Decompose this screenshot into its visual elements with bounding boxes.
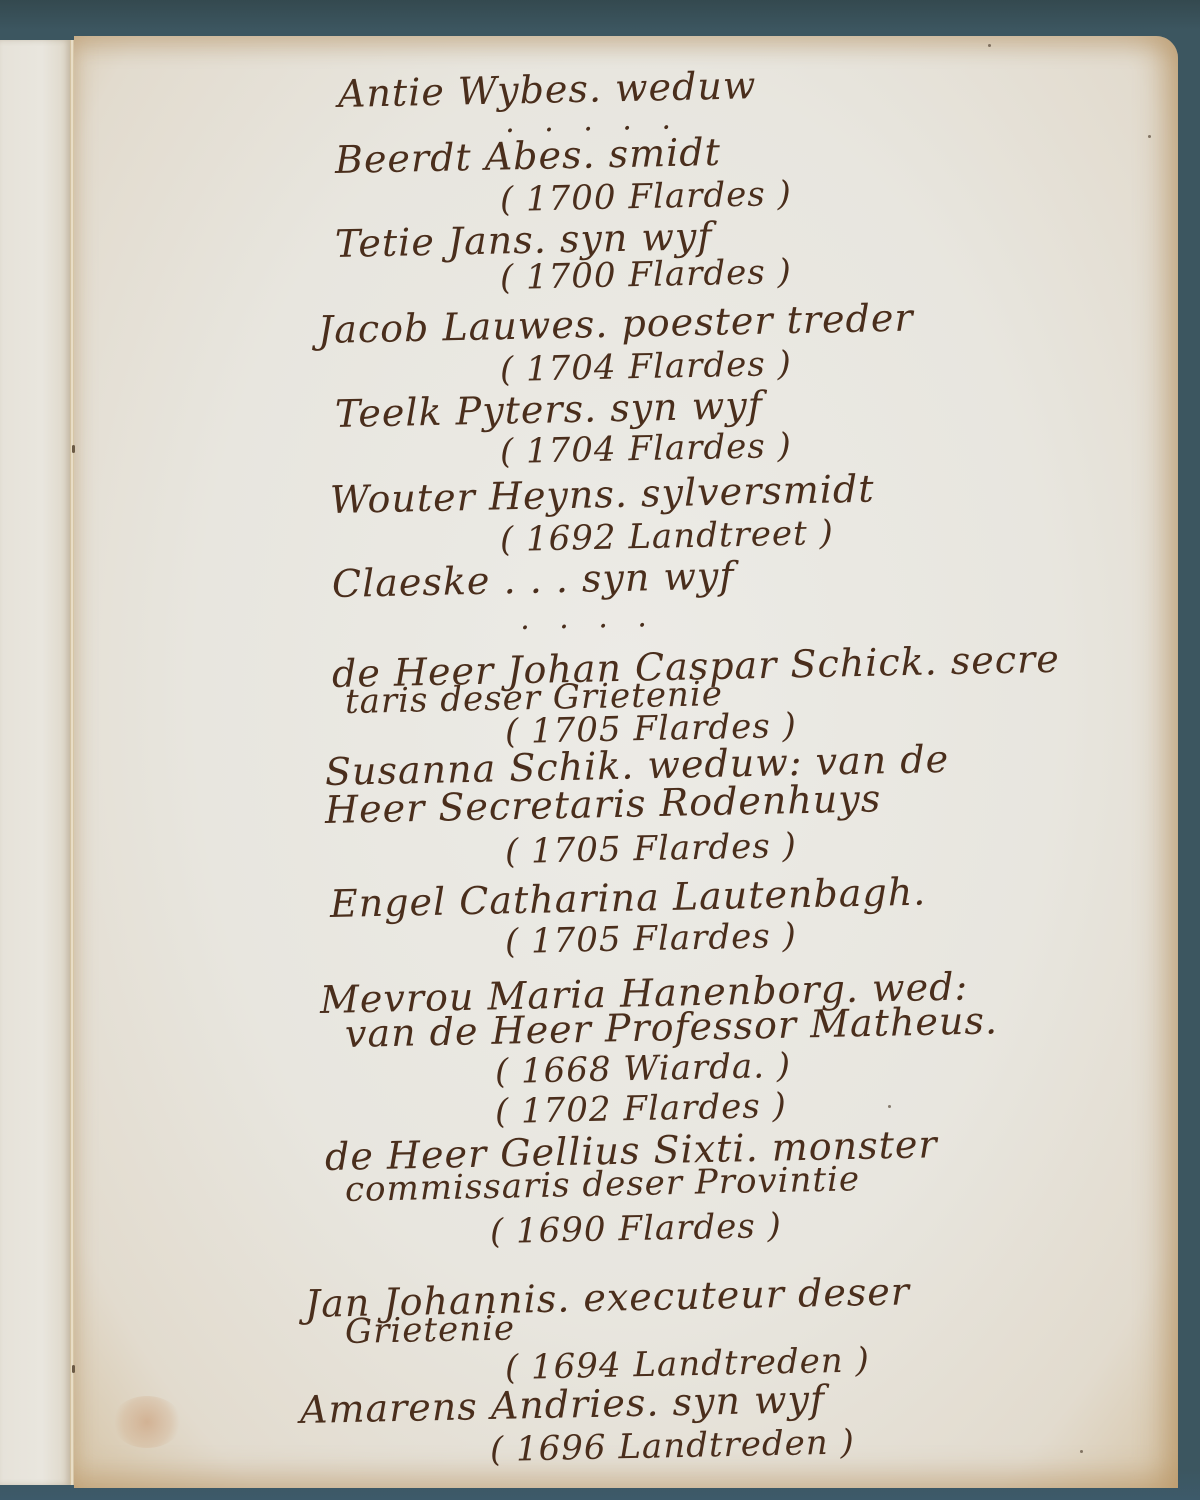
- entry-name-line: Jacob Lauwes. poester treder: [318, 296, 914, 352]
- entry-year-place: ( 1705 Flardes ): [505, 826, 798, 872]
- entry-continuation-line: Grietenie: [345, 1308, 516, 1352]
- entry-year-place: ( 1696 Landtreden ): [490, 1422, 856, 1470]
- entry-year-place: ( 1700 Flardes ): [500, 252, 793, 298]
- entry-name-line: Engel Catharina Lautenbagh.: [330, 870, 927, 926]
- entry-year-place: ( 1702 Flardes ): [495, 1086, 788, 1132]
- handwritten-register: Antie Wybes. weduw . . . . . Beerdt Abes…: [0, 0, 1200, 1500]
- entry-name-line: Beerdt Abes. smidt: [335, 130, 722, 182]
- entry-year-place: ( 1700 Flardes ): [500, 174, 793, 220]
- entry-year-place: ( 1705 Flardes ): [505, 916, 798, 962]
- photo-scene: Antie Wybes. weduw . . . . . Beerdt Abes…: [0, 0, 1200, 1500]
- entry-name-line: Claeske . . . syn wyf: [332, 554, 735, 606]
- entry-year-place: ( 1690 Flardes ): [490, 1206, 783, 1252]
- entry-year-place: ( 1692 Landtreet ): [500, 513, 835, 560]
- entry-year-place: ( 1704 Flardes ): [500, 426, 793, 472]
- entry-year-place: ( 1668 Wiarda. ): [495, 1046, 792, 1092]
- separator-dots: . . . .: [520, 599, 657, 637]
